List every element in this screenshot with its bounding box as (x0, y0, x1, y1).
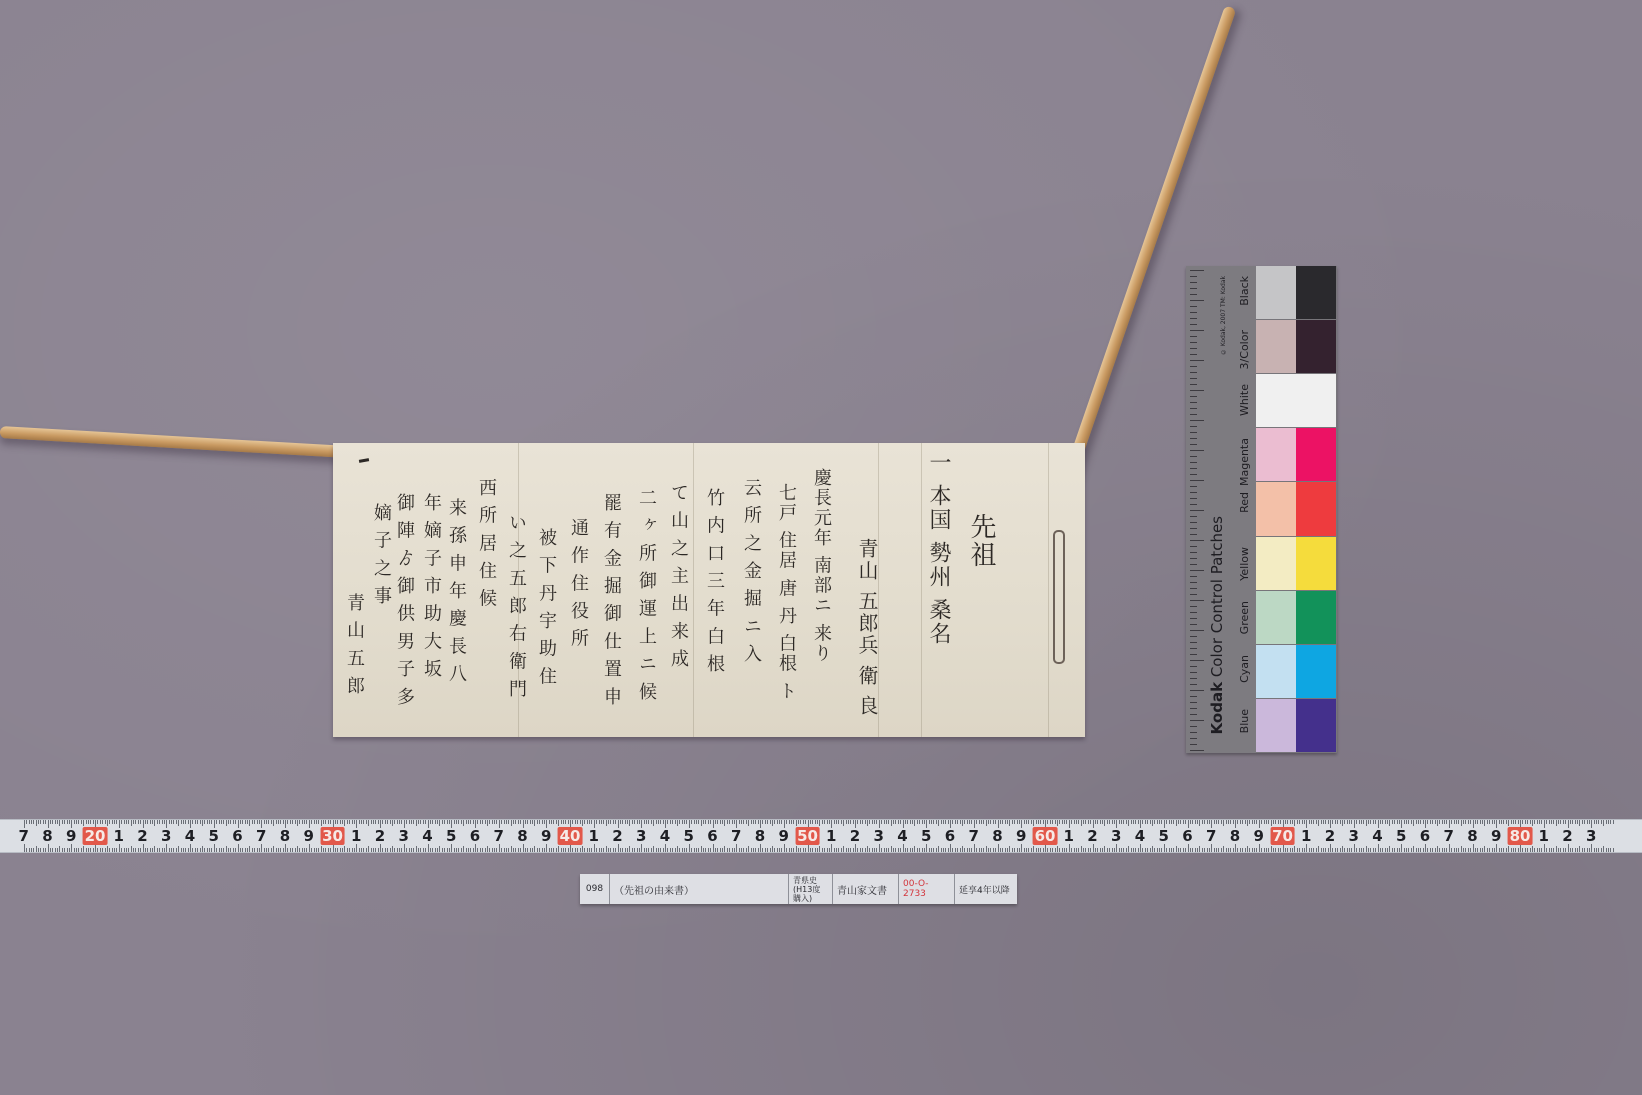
tape-number: 9 (1254, 827, 1264, 845)
tape-number: 5 (209, 827, 219, 845)
document-text-column: て 山 之 主 出 来 成 (665, 483, 691, 669)
patch-light-magenta (1256, 428, 1296, 481)
patch-dark-black (1296, 266, 1336, 319)
patch-light-yellow (1256, 537, 1296, 590)
kodak-copyright: © Kodak, 2007 TM: Kodak (1220, 276, 1227, 355)
patch-dark-blue (1296, 699, 1336, 752)
tape-number: 9 (304, 827, 314, 845)
tape-number: 5 (446, 827, 456, 845)
tape-number: 2 (137, 827, 147, 845)
tape-number: 40 (558, 827, 583, 845)
tape-number: 1 (589, 827, 599, 845)
tape-number: 80 (1508, 827, 1533, 845)
tape-number: 7 (256, 827, 266, 845)
tape-number: 8 (1467, 827, 1477, 845)
tape-number: 5 (921, 827, 931, 845)
tape-number: 9 (541, 827, 551, 845)
catalog-label: 098 （先祖の由来書） 青県史(H13度購入) 青山家文書 00-O-2733… (580, 874, 1017, 904)
seal-mark (1053, 530, 1065, 664)
left-bamboo-stick (0, 426, 350, 458)
label-id: 00-O-2733 (899, 874, 955, 904)
tape-number: 9 (1491, 827, 1501, 845)
patch-light-blue (1256, 699, 1296, 752)
document-text-column: 一 本国 勢州 桑名 (923, 451, 954, 646)
document-text-column: 通 作 住 役 所 (565, 518, 591, 649)
patch-light-3-color (1256, 320, 1296, 373)
label-date: 延享4年以降 (955, 874, 1017, 904)
tape-number: 60 (1033, 827, 1058, 845)
light-patches (1256, 266, 1296, 753)
tape-number: 6 (707, 827, 717, 845)
tape-number: 4 (1372, 827, 1382, 845)
document-text-column: 七戸 住居 唐 丹 白根 ト (773, 483, 799, 702)
tape-number: 8 (1230, 827, 1240, 845)
patch-light-white (1256, 374, 1296, 427)
tape-number: 3 (874, 827, 884, 845)
tape-number: 7 (1444, 827, 1454, 845)
document-text-column: 青山 五郎兵 衛 良 (853, 538, 882, 717)
tape-number: 3 (1349, 827, 1359, 845)
tape-number: 6 (232, 827, 242, 845)
patch-label: Blue (1238, 709, 1251, 733)
tape-number: 7 (494, 827, 504, 845)
tape-number: 2 (1087, 827, 1097, 845)
patch-dark-white (1296, 374, 1336, 427)
tape-number: 7 (19, 827, 29, 845)
document-text-column: 御 陣 ゟ 御 供 男 子 多 (391, 493, 417, 707)
tie-mark (359, 458, 369, 463)
document-text-column: 青 山 五 郎 (341, 593, 367, 696)
measuring-tape: 7892012345678930123456789401234567895012… (0, 819, 1642, 853)
patch-label: Magenta (1238, 438, 1251, 486)
kodak-scale-strip: © Kodak, 2007 TM: Kodak Kodak Color Cont… (1186, 266, 1256, 753)
patch-label: Yellow (1238, 547, 1251, 581)
tape-number: 9 (779, 827, 789, 845)
tape-number: 70 (1270, 827, 1295, 845)
tape-number: 8 (517, 827, 527, 845)
kodak-title: Kodak Color Control Patches (1208, 516, 1226, 734)
patch-dark-green (1296, 591, 1336, 644)
patch-dark-yellow (1296, 537, 1336, 590)
tape-number: 8 (755, 827, 765, 845)
patch-light-green (1256, 591, 1296, 644)
label-source: 青県史(H13度購入) (789, 874, 833, 904)
patch-dark-red (1296, 482, 1336, 535)
patch-label: Cyan (1238, 655, 1251, 683)
document-text-column: 慶長元年 南部ニ 来り (808, 468, 834, 663)
document-text-column: 年 嫡 子 市 助 大 坂 (418, 493, 444, 679)
tape-number: 9 (66, 827, 76, 845)
tape-number: 4 (1135, 827, 1145, 845)
kodak-title-text: Color Control Patches (1208, 516, 1226, 677)
tape-number: 9 (1016, 827, 1026, 845)
tape-number: 1 (1539, 827, 1549, 845)
tape-number: 4 (897, 827, 907, 845)
tape-number: 8 (280, 827, 290, 845)
kodak-color-card: © Kodak, 2007 TM: Kodak Kodak Color Cont… (1186, 266, 1337, 753)
tape-number: 5 (1396, 827, 1406, 845)
tape-number: 1 (1301, 827, 1311, 845)
label-title: （先祖の由来書） (610, 874, 789, 904)
tape-number: 2 (850, 827, 860, 845)
tape-number: 3 (1586, 827, 1596, 845)
label-number: 098 (580, 874, 610, 904)
tape-number: 50 (795, 827, 820, 845)
historical-document: 先祖一 本国 勢州 桑名青山 五郎兵 衛 良慶長元年 南部ニ 来り七戸 住居 唐… (333, 443, 1085, 737)
tape-number: 8 (992, 827, 1002, 845)
tape-number: 5 (684, 827, 694, 845)
tape-number: 5 (1159, 827, 1169, 845)
document-text-column: 云 所 之 金 掘 ニ 入 (738, 478, 764, 664)
tape-number: 3 (1111, 827, 1121, 845)
tape-number: 4 (185, 827, 195, 845)
tape-number: 20 (83, 827, 108, 845)
tape-number: 30 (320, 827, 345, 845)
document-text-column: 竹 内 口 三 年 白 根 (701, 488, 727, 674)
document-text-column: い 之 五 郎 右 衛 門 (503, 513, 529, 699)
tape-number: 6 (1182, 827, 1192, 845)
patch-dark-cyan (1296, 645, 1336, 698)
tape-number: 3 (636, 827, 646, 845)
patch-light-black (1256, 266, 1296, 319)
tape-number: 4 (422, 827, 432, 845)
document-text-column: 被 下 丹 宇 助 住 (533, 528, 559, 687)
tape-number: 1 (114, 827, 124, 845)
tape-number: 6 (1420, 827, 1430, 845)
tape-number: 2 (1562, 827, 1572, 845)
tape-number: 3 (161, 827, 171, 845)
patch-label: Black (1238, 276, 1251, 306)
patch-dark-3-color (1296, 320, 1336, 373)
patch-dark-magenta (1296, 428, 1336, 481)
patch-label: Green (1238, 601, 1251, 634)
label-collection: 青山家文書 (833, 874, 899, 904)
tape-number: 6 (470, 827, 480, 845)
tape-number: 7 (731, 827, 741, 845)
document-text-column: 来 孫 申 年 慶 長 八 (443, 498, 469, 684)
tape-number: 1 (826, 827, 836, 845)
tape-number: 1 (351, 827, 361, 845)
patch-label: Red (1238, 492, 1251, 513)
patch-light-red (1256, 482, 1296, 535)
document-text-column: 二 ヶ 所 御 運 上 ニ 候 (633, 488, 659, 702)
tape-number: 6 (945, 827, 955, 845)
document-text-column: 嫡 子 之 事 (368, 503, 394, 606)
document-text-column: 罷 有 金 掘 御 仕 置 申 (598, 493, 624, 707)
dark-patches (1296, 266, 1336, 753)
tape-number: 1 (1064, 827, 1074, 845)
tape-number: 2 (612, 827, 622, 845)
tape-number: 7 (1206, 827, 1216, 845)
patch-label: White (1238, 384, 1251, 416)
tape-number: 2 (1325, 827, 1335, 845)
tape-number: 4 (660, 827, 670, 845)
tape-number: 7 (969, 827, 979, 845)
tape-number: 8 (42, 827, 52, 845)
document-text-column: 先祖 (963, 513, 1000, 569)
document-text-column: 西 所 居 住 候 (473, 478, 499, 609)
tape-number: 2 (375, 827, 385, 845)
patch-light-cyan (1256, 645, 1296, 698)
tape-number: 3 (399, 827, 409, 845)
kodak-brand: Kodak (1208, 682, 1226, 735)
patch-label: 3/Color (1238, 330, 1251, 369)
